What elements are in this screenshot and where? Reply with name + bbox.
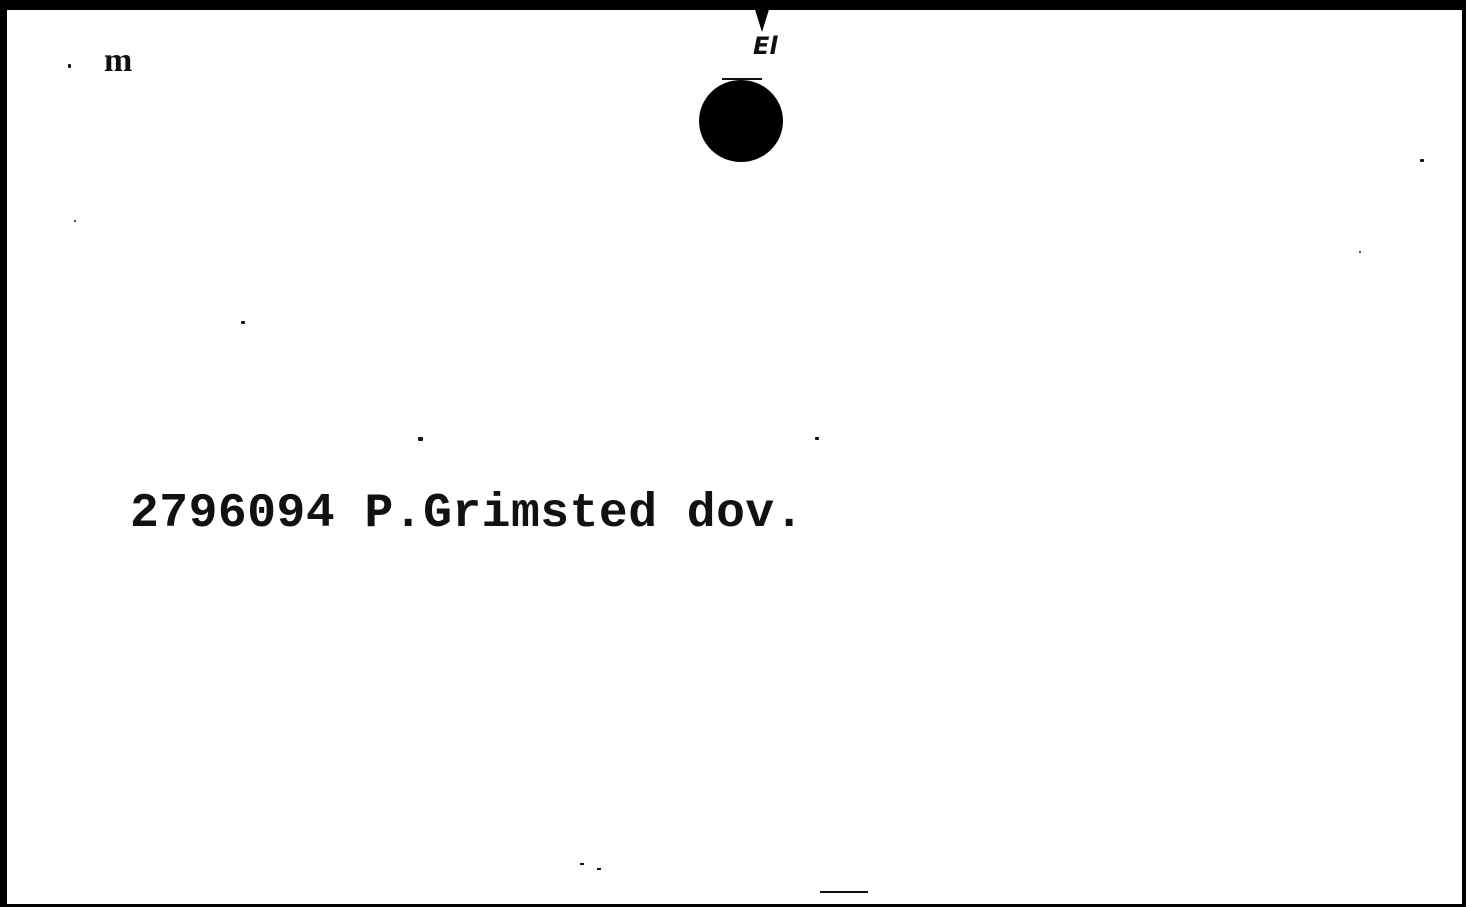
scan-speck <box>418 437 423 441</box>
scan-speck <box>1359 251 1361 253</box>
scan-speck <box>1420 159 1424 162</box>
entry-name: P.Grimsted dov. <box>364 487 804 541</box>
scan-speck <box>597 868 601 870</box>
handwritten-annotation: El <box>753 34 778 58</box>
scan-speck <box>241 321 245 324</box>
scan-right-border <box>1462 0 1466 907</box>
scan-speck <box>580 863 584 865</box>
entry-number: 2796094 <box>130 487 335 541</box>
scan-speck <box>815 437 819 440</box>
punch-hole <box>699 80 783 162</box>
scan-speck <box>74 220 76 222</box>
card-tab-notch <box>752 0 772 32</box>
card-entry: 2796094 P.Grimsted dov. <box>130 490 804 538</box>
scan-line-mark <box>820 891 868 893</box>
scan-speck <box>68 64 71 68</box>
scan-line-mark <box>722 78 762 80</box>
corner-mark: m <box>104 44 133 78</box>
